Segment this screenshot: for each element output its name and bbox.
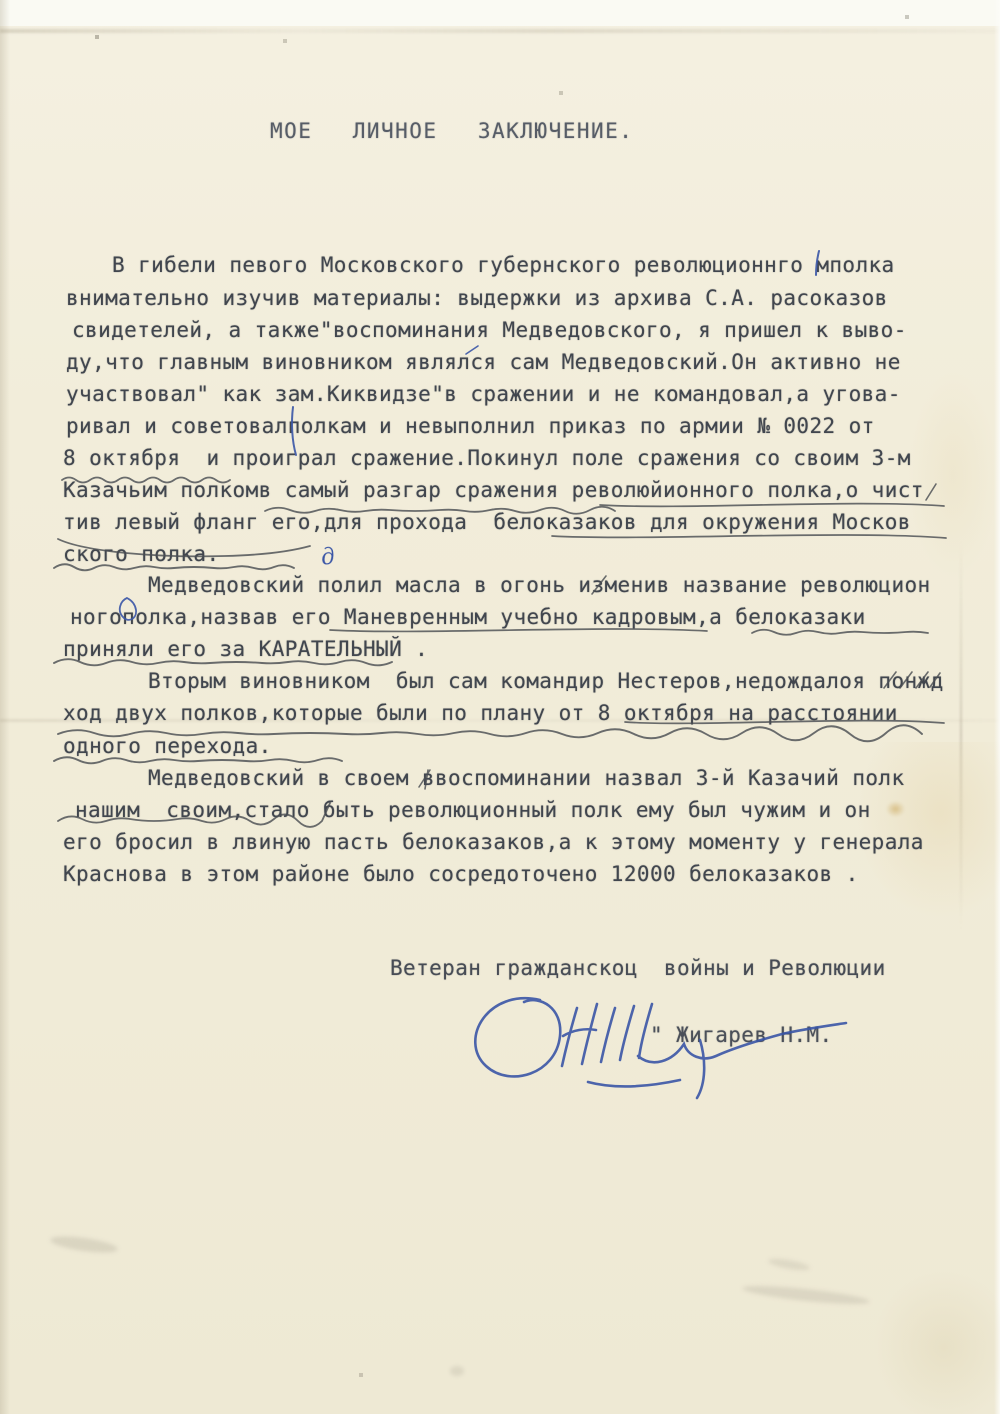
pencil-smudge bbox=[450, 1366, 464, 1376]
typed-line: участвовал" как зам.Киквидзе"в сражении … bbox=[66, 381, 901, 407]
typed-line: 8 октября и проиграл сражение.Покинул по… bbox=[63, 445, 911, 471]
typed-line: В гибели певого Московского губернского … bbox=[112, 252, 895, 278]
paper-edge-left bbox=[0, 0, 10, 1414]
typed-line: Медведовский полил масла в огонь изменив… bbox=[148, 572, 931, 598]
signature-scribble bbox=[475, 998, 846, 1098]
signature-role-line: Ветеран гражданскоц войны и Революции bbox=[390, 955, 886, 981]
document-title: МОЕ ЛИЧНОЕ ЗАКЛЮЧЕНИЕ. bbox=[270, 118, 633, 144]
typed-line: нашим своим,стало быть революционный пол… bbox=[75, 797, 871, 823]
handwritten-inserted-letter: д bbox=[319, 544, 337, 571]
pencil-smudge bbox=[742, 1282, 871, 1307]
typed-line: одного перехода. bbox=[63, 733, 272, 759]
underline-belokazaki bbox=[752, 630, 928, 635]
pencil-smudge bbox=[49, 1233, 118, 1255]
typed-line: Медведовский в своем ввоспоминании назва… bbox=[148, 765, 905, 791]
typed-line: приняли его за КАРАТЕЛЬНЫЙ . bbox=[63, 636, 428, 662]
typed-line: ривал и советовалполкам и невыполнил при… bbox=[66, 413, 875, 439]
signature-name-line: " Жигарев Н.М. bbox=[650, 1022, 833, 1048]
paper-stain-dot bbox=[886, 801, 905, 817]
typed-line: Казачьим полкомв самый разгар сражения р… bbox=[63, 477, 924, 503]
scanner-edge-band bbox=[0, 0, 1000, 26]
pencil-smudge bbox=[768, 1256, 811, 1272]
typed-line: ского полка. bbox=[63, 541, 220, 567]
paper-specks bbox=[0, 0, 2, 2]
typed-line: ду,что главным виновником являлся сам Ме… bbox=[66, 349, 901, 375]
typed-line: ход двух полков,которые были по плану от… bbox=[63, 700, 898, 726]
typed-line: Краснова в этом районе было сосредоточен… bbox=[63, 861, 859, 887]
typed-line: свидетелей, а также"воспоминания Медведо… bbox=[72, 317, 907, 343]
paper-edge-right bbox=[994, 0, 1000, 1414]
typed-line: тив левый фланг его,для прохода белоказа… bbox=[63, 509, 911, 535]
paper-crease-top bbox=[0, 29, 1000, 33]
typed-line: Вторым виновником был сам командир Несте… bbox=[148, 668, 944, 694]
typed-line: его бросил в лвиную пасть белоказаков,а … bbox=[63, 829, 924, 855]
underline-revolyutsionnogo-polka bbox=[600, 504, 944, 507]
paper-stain bbox=[908, 370, 998, 580]
scanned-page: МОЕ ЛИЧНОЕ ЗАКЛЮЧЕНИЕ. В гибели певого М… bbox=[0, 0, 1000, 1414]
paper-stain-corner bbox=[874, 1272, 1000, 1414]
typed-line: ногополка,назвав его Маневренным учебно … bbox=[70, 604, 866, 630]
typed-line: внимательно изучив материалы: выдержки и… bbox=[66, 285, 888, 311]
underline-belokazakov-okruzheniya bbox=[552, 535, 946, 538]
